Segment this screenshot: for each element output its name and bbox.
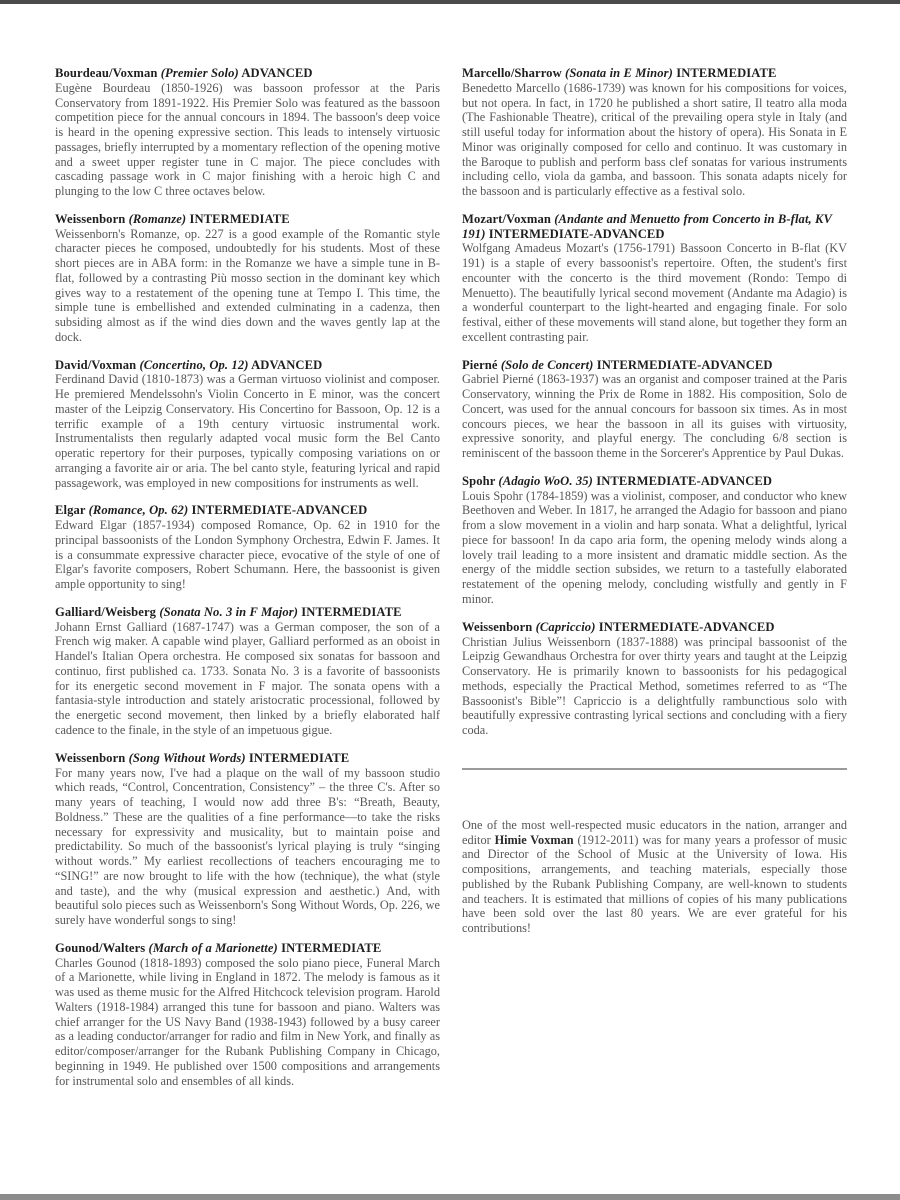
note-weissenborn-romanze: Weissenborn (Romanze) INTERMEDIATE Weiss…: [55, 212, 440, 345]
note-spohr-adagio: Spohr (Adagio WoO. 35) INTERMEDIATE-ADVA…: [462, 474, 847, 607]
composer-name: Galliard/Weisberg: [55, 605, 156, 619]
note-heading: Gounod/Walters (March of a Marionette) I…: [55, 941, 440, 956]
note-heading: Weissenborn (Capriccio) INTERMEDIATE-ADV…: [462, 620, 847, 635]
note-body: Edward Elgar (1857-1934) composed Romanc…: [55, 518, 440, 592]
piece-title: (Capriccio): [536, 620, 596, 634]
bio-paragraph: One of the most well-respected music edu…: [462, 818, 847, 936]
note-body: Johann Ernst Galliard (1687-1747) was a …: [55, 620, 440, 738]
note-heading: Bourdeau/Voxman (Premier Solo) ADVANCED: [55, 66, 440, 81]
note-heading: Marcello/Sharrow (Sonata in E Minor) INT…: [462, 66, 847, 81]
page-content: Bourdeau/Voxman (Premier Solo) ADVANCED …: [55, 66, 847, 1101]
note-body: Eugène Bourdeau (1850-1926) was bassoon …: [55, 81, 440, 199]
composer-name: Weissenborn: [462, 620, 532, 634]
note-bourdeau-premier-solo: Bourdeau/Voxman (Premier Solo) ADVANCED …: [55, 66, 440, 199]
note-heading: Galliard/Weisberg (Sonata No. 3 in F Maj…: [55, 605, 440, 620]
difficulty-level: INTERMEDIATE: [249, 751, 349, 765]
note-body: Charles Gounod (1818-1893) composed the …: [55, 956, 440, 1089]
page-top-border: [0, 0, 900, 4]
difficulty-level: ADVANCED: [251, 358, 322, 372]
difficulty-level: INTERMEDIATE-ADVANCED: [489, 227, 665, 241]
piece-title: (Premier Solo): [161, 66, 239, 80]
difficulty-level: INTERMEDIATE-ADVANCED: [597, 358, 773, 372]
piece-title: (Romanze): [129, 212, 187, 226]
composer-name: Pierné: [462, 358, 498, 372]
note-marcello-sonata-e-minor: Marcello/Sharrow (Sonata in E Minor) INT…: [462, 66, 847, 199]
editor-bio: One of the most well-respected music edu…: [462, 818, 847, 936]
note-body: Christian Julius Weissenborn (1837-1888)…: [462, 635, 847, 738]
note-gounod-march-marionette: Gounod/Walters (March of a Marionette) I…: [55, 941, 440, 1089]
difficulty-level: INTERMEDIATE-ADVANCED: [599, 620, 775, 634]
note-pierne-solo-de-concert: Pierné (Solo de Concert) INTERMEDIATE-AD…: [462, 358, 847, 461]
difficulty-level: INTERMEDIATE-ADVANCED: [192, 503, 368, 517]
composer-name: Weissenborn: [55, 751, 125, 765]
composer-name: Bourdeau/Voxman: [55, 66, 158, 80]
note-elgar-romance: Elgar (Romance, Op. 62) INTERMEDIATE-ADV…: [55, 503, 440, 592]
piece-title: (Solo de Concert): [501, 358, 594, 372]
program-notes-page: Bourdeau/Voxman (Premier Solo) ADVANCED …: [0, 0, 900, 1200]
note-heading: Weissenborn (Romanze) INTERMEDIATE: [55, 212, 440, 227]
note-body: Benedetto Marcello (1686-1739) was known…: [462, 81, 847, 199]
note-david-concertino: David/Voxman (Concertino, Op. 12) ADVANC…: [55, 358, 440, 491]
editor-name: Himie Voxman: [495, 833, 574, 847]
difficulty-level: INTERMEDIATE: [189, 212, 289, 226]
note-weissenborn-song-without-words: Weissenborn (Song Without Words) INTERME…: [55, 751, 440, 928]
composer-name: Elgar: [55, 503, 85, 517]
piece-title: (Adagio WoO. 35): [498, 474, 593, 488]
composer-name: Mozart/Voxman: [462, 212, 551, 226]
piece-title: (Song Without Words): [129, 751, 246, 765]
note-heading: Weissenborn (Song Without Words) INTERME…: [55, 751, 440, 766]
note-galliard-sonata-3: Galliard/Weisberg (Sonata No. 3 in F Maj…: [55, 605, 440, 738]
piece-title: (Sonata in E Minor): [565, 66, 673, 80]
note-heading: Spohr (Adagio WoO. 35) INTERMEDIATE-ADVA…: [462, 474, 847, 489]
note-body: Louis Spohr (1784-1859) was a violinist,…: [462, 489, 847, 607]
bio-text-after: (1912-2011) was for many years a profess…: [462, 833, 847, 936]
section-divider: [462, 768, 847, 770]
piece-title: (Romance, Op. 62): [89, 503, 189, 517]
composer-name: Weissenborn: [55, 212, 125, 226]
difficulty-level: INTERMEDIATE: [281, 941, 381, 955]
difficulty-level: ADVANCED: [241, 66, 312, 80]
note-weissenborn-capriccio: Weissenborn (Capriccio) INTERMEDIATE-ADV…: [462, 620, 847, 738]
note-body: Ferdinand David (1810-1873) was a German…: [55, 372, 440, 490]
difficulty-level: INTERMEDIATE: [676, 66, 776, 80]
right-column: Marcello/Sharrow (Sonata in E Minor) INT…: [462, 66, 847, 1101]
note-heading: Mozart/Voxman (Andante and Menuetto from…: [462, 212, 847, 242]
note-mozart-andante-menuetto: Mozart/Voxman (Andante and Menuetto from…: [462, 212, 847, 345]
piece-title: (March of a Marionette): [149, 941, 278, 955]
difficulty-level: INTERMEDIATE: [301, 605, 401, 619]
note-body: For many years now, I've had a plaque on…: [55, 766, 440, 928]
page-bottom-border: [0, 1194, 900, 1200]
piece-title: (Sonata No. 3 in F Major): [159, 605, 298, 619]
left-column: Bourdeau/Voxman (Premier Solo) ADVANCED …: [55, 66, 440, 1101]
note-body: Wolfgang Amadeus Mozart's (1756-1791) Ba…: [462, 241, 847, 344]
composer-name: David/Voxman: [55, 358, 136, 372]
note-body: Gabriel Pierné (1863-1937) was an organi…: [462, 372, 847, 461]
composer-name: Spohr: [462, 474, 495, 488]
composer-name: Marcello/Sharrow: [462, 66, 562, 80]
note-heading: Pierné (Solo de Concert) INTERMEDIATE-AD…: [462, 358, 847, 373]
note-body: Weissenborn's Romanze, op. 227 is a good…: [55, 227, 440, 345]
note-heading: Elgar (Romance, Op. 62) INTERMEDIATE-ADV…: [55, 503, 440, 518]
note-heading: David/Voxman (Concertino, Op. 12) ADVANC…: [55, 358, 440, 373]
composer-name: Gounod/Walters: [55, 941, 145, 955]
piece-title: (Concertino, Op. 12): [139, 358, 248, 372]
difficulty-level: INTERMEDIATE-ADVANCED: [596, 474, 772, 488]
